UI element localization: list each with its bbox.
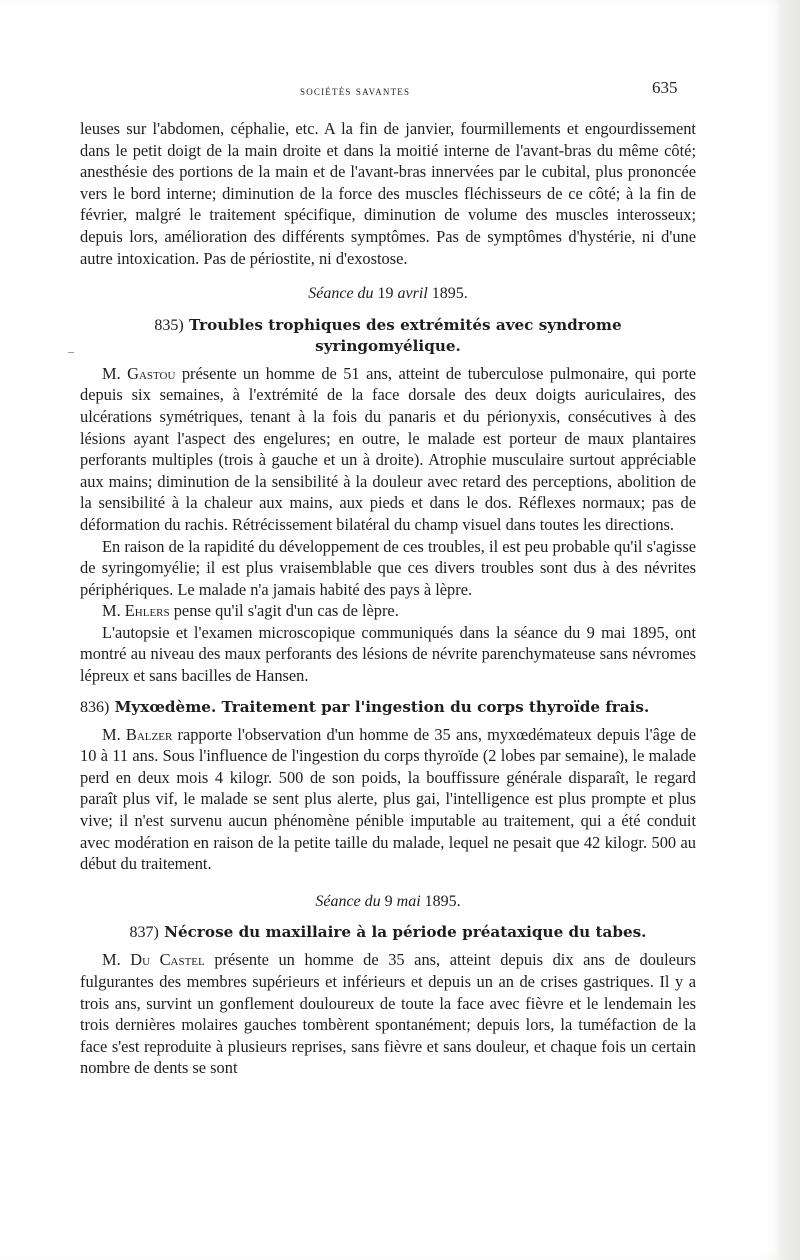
speaker-name: Gastou: [127, 364, 175, 383]
speaker-prefix: M.: [102, 950, 121, 969]
session-label: Séance du: [315, 893, 380, 910]
article-heading: 836) Myxœdème. Traitement par l'ingestio…: [80, 697, 696, 718]
article-number: 836): [80, 699, 109, 716]
session-year: 1895.: [425, 893, 461, 910]
article-heading: 837) Nécrose du maxillaire à la période …: [80, 922, 696, 943]
session-heading: Séance du 9 mai 1895.: [80, 891, 696, 913]
speaker-prefix: M.: [102, 364, 121, 383]
session-month: avril: [398, 285, 428, 302]
session-day: 9: [385, 893, 393, 910]
paragraph-text: rapporte l'observation d'un homme de 35 …: [80, 725, 696, 874]
speaker-prefix: M.: [102, 601, 121, 620]
article-heading: 835) Troubles trophiques des extrémités …: [80, 315, 696, 357]
running-header: SOCIÉTÉS SAVANTES 635: [0, 78, 800, 102]
article-title: Troubles trophiques des extrémités avec …: [189, 316, 622, 355]
article-title: Myxœdème. Traitement par l'ingestion du …: [115, 698, 650, 716]
running-title: SOCIÉTÉS SAVANTES: [300, 84, 410, 99]
paragraph-text: pense qu'il s'agit d'un cas de lèpre.: [170, 601, 399, 620]
article-paragraph: M. Balzer rapporte l'observation d'un ho…: [80, 724, 696, 875]
speaker-name: Ehlers: [125, 601, 170, 620]
session-day: 19: [378, 285, 394, 302]
article-number: 835): [154, 317, 183, 334]
page-number: 635: [652, 78, 678, 98]
article-paragraph: M. Du Castel présente un homme de 35 ans…: [80, 949, 696, 1079]
article-title: Nécrose du maxillaire à la période préat…: [164, 923, 646, 941]
speaker-name: Du Castel: [130, 950, 205, 969]
paragraph-text: présente un homme de 51 ans, atteint de …: [80, 364, 696, 534]
article-paragraph: M. Ehlers pense qu'il s'agit d'un cas de…: [80, 600, 696, 622]
session-label: Séance du: [308, 285, 373, 302]
article-paragraph: M. Gastou présente un homme de 51 ans, a…: [80, 363, 696, 536]
margin-mark: [68, 352, 74, 353]
speaker-name: Balzer: [126, 725, 172, 744]
article-number: 837): [130, 924, 159, 941]
paragraph-text: présente un homme de 35 ans, atteint dep…: [80, 950, 696, 1077]
session-heading: Séance du 19 avril 1895.: [80, 283, 696, 305]
article-paragraph: L'autopsie et l'examen microscopique com…: [80, 622, 696, 687]
session-year: 1895.: [432, 285, 468, 302]
body-text: leuses sur l'abdomen, céphalie, etc. A l…: [80, 118, 696, 1079]
page-edge-shadow: [780, 0, 800, 1260]
continuation-paragraph: leuses sur l'abdomen, céphalie, etc. A l…: [80, 118, 696, 269]
article-paragraph: En raison de la rapidité du développemen…: [80, 536, 696, 601]
session-month: mai: [397, 893, 421, 910]
speaker-prefix: M.: [102, 725, 121, 744]
